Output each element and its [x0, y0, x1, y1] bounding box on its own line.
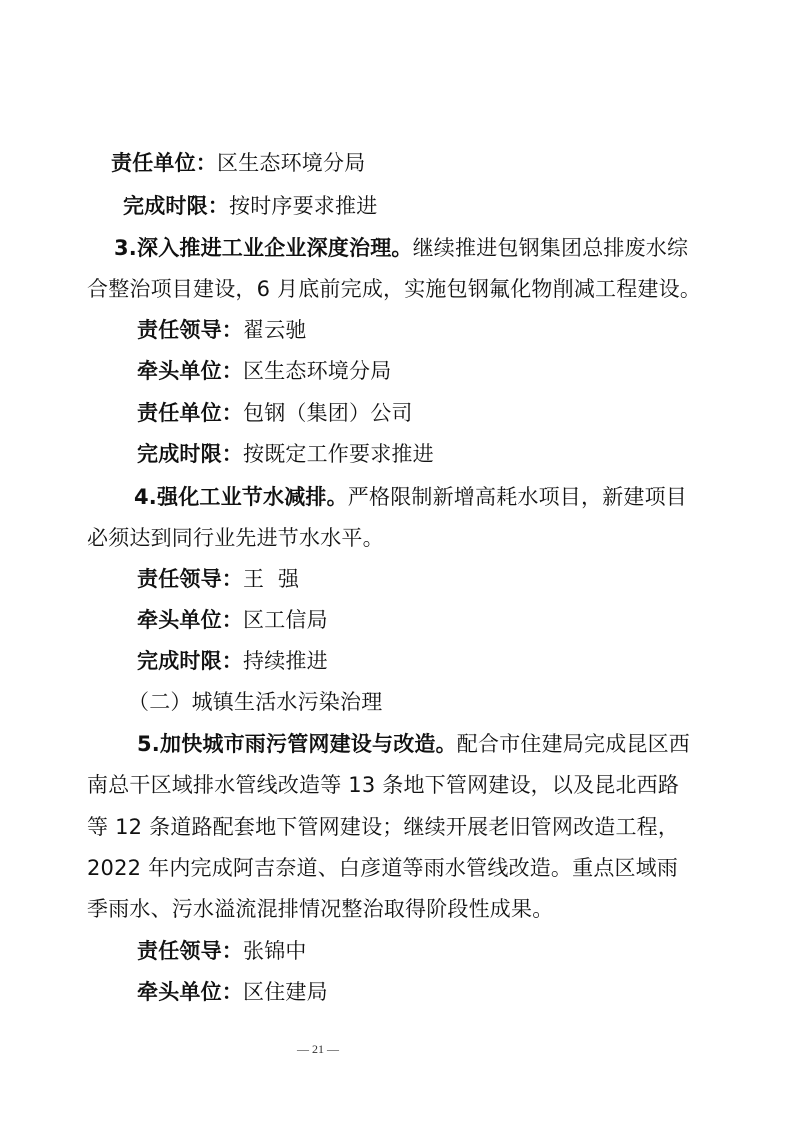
item-5-heading-line: 5.加快城市雨污管网建设与改造。配合市住建局完成昆区西	[137, 729, 697, 759]
field-label: 牵头单位：	[137, 980, 243, 1004]
responsible-leader-line: 责任领导：张锦中	[137, 936, 747, 966]
item-body: 合整治项目建设，6 月底前完成，实施包钢氟化物削减工程建设。	[87, 277, 701, 301]
field-value: 张锦中	[243, 939, 307, 963]
field-label: 责任单位：	[111, 151, 217, 175]
item-title: 5.加快城市雨污管网建设与改造。	[137, 732, 457, 756]
responsible-leader-line: 责任领导：王 强	[137, 564, 747, 594]
page-number: — 21 —	[268, 1042, 368, 1057]
field-value: 按时序要求推进	[229, 194, 377, 218]
item-3-heading-line: 3.深入推进工业企业深度治理。继续推进包钢集团总排废水综	[114, 233, 697, 263]
item-5-body-line: 南总干区域排水管线改造等 13 条地下管网建设，以及昆北西路	[87, 770, 697, 800]
item-body: 配合市住建局完成昆区西	[457, 732, 690, 756]
item-3-body-line: 合整治项目建设，6 月底前完成，实施包钢氟化物削减工程建设。	[87, 274, 697, 304]
field-value: 持续推进	[243, 649, 328, 673]
field-value: 区住建局	[243, 980, 328, 1004]
field-label: 责任单位：	[137, 401, 243, 425]
item-body: 严格限制新增高耗水项目，新建项目	[348, 485, 687, 509]
field-label: 完成时限：	[137, 442, 243, 466]
field-value: 区工信局	[243, 608, 328, 632]
field-label: 责任领导：	[137, 939, 243, 963]
item-4-heading-line: 4.强化工业节水减排。严格限制新增高耗水项目，新建项目	[134, 482, 697, 512]
field-label: 责任领导：	[137, 318, 243, 342]
item-body: 必须达到同行业先进节水水平。	[87, 526, 384, 550]
item-5-body-line: 2022 年内完成阿吉奈道、白彦道等雨水管线改造。重点区域雨	[87, 853, 697, 883]
field-label: 完成时限：	[137, 649, 243, 673]
responsible-leader-line: 责任领导：翟云驰	[137, 315, 747, 345]
deadline-line: 完成时限：持续推进	[137, 646, 747, 676]
item-body: 2022 年内完成阿吉奈道、白彦道等雨水管线改造。重点区域雨	[87, 856, 678, 880]
item-4-body-line: 必须达到同行业先进节水水平。	[87, 523, 697, 553]
field-value: 区生态环境分局	[243, 359, 391, 383]
section-heading: （二）城镇生活水污染治理	[128, 687, 738, 717]
deadline-line: 完成时限：按既定工作要求推进	[137, 439, 747, 469]
lead-unit-line: 牵头单位：区工信局	[137, 605, 747, 635]
responsible-unit-line: 责任单位：区生态环境分局	[111, 148, 721, 178]
field-value: 按既定工作要求推进	[243, 442, 434, 466]
responsible-unit-line: 责任单位：包钢（集团）公司	[137, 398, 747, 428]
field-value: 区生态环境分局	[217, 151, 365, 175]
item-5-body-line: 季雨水、污水溢流混排情况整治取得阶段性成果。	[87, 894, 697, 924]
item-body: 继续推进包钢集团总排废水综	[413, 236, 689, 260]
field-label: 完成时限：	[123, 194, 229, 218]
field-label: 责任领导：	[137, 567, 243, 591]
field-value: 王 强	[243, 567, 299, 591]
item-title: 3.深入推进工业企业深度治理。	[114, 236, 413, 260]
item-body: 南总干区域排水管线改造等 13 条地下管网建设，以及昆北西路	[87, 773, 679, 797]
item-5-body-line: 等 12 条道路配套地下管网建设；继续开展老旧管网改造工程，	[87, 812, 697, 842]
document-page: 责任单位：区生态环境分局 完成时限：按时序要求推进 3.深入推进工业企业深度治理…	[0, 0, 793, 1122]
field-value: 翟云驰	[243, 318, 307, 342]
field-label: 牵头单位：	[137, 359, 243, 383]
lead-unit-line: 牵头单位：区住建局	[137, 977, 747, 1007]
item-body: 等 12 条道路配套地下管网建设；继续开展老旧管网改造工程，	[87, 815, 679, 839]
field-value: 包钢（集团）公司	[243, 401, 413, 425]
item-title: 4.强化工业节水减排。	[134, 485, 348, 509]
item-body: 季雨水、污水溢流混排情况整治取得阶段性成果。	[87, 897, 553, 921]
field-label: 牵头单位：	[137, 608, 243, 632]
deadline-line: 完成时限：按时序要求推进	[123, 191, 733, 221]
lead-unit-line: 牵头单位：区生态环境分局	[137, 356, 747, 386]
section-title: （二）城镇生活水污染治理	[128, 690, 382, 714]
